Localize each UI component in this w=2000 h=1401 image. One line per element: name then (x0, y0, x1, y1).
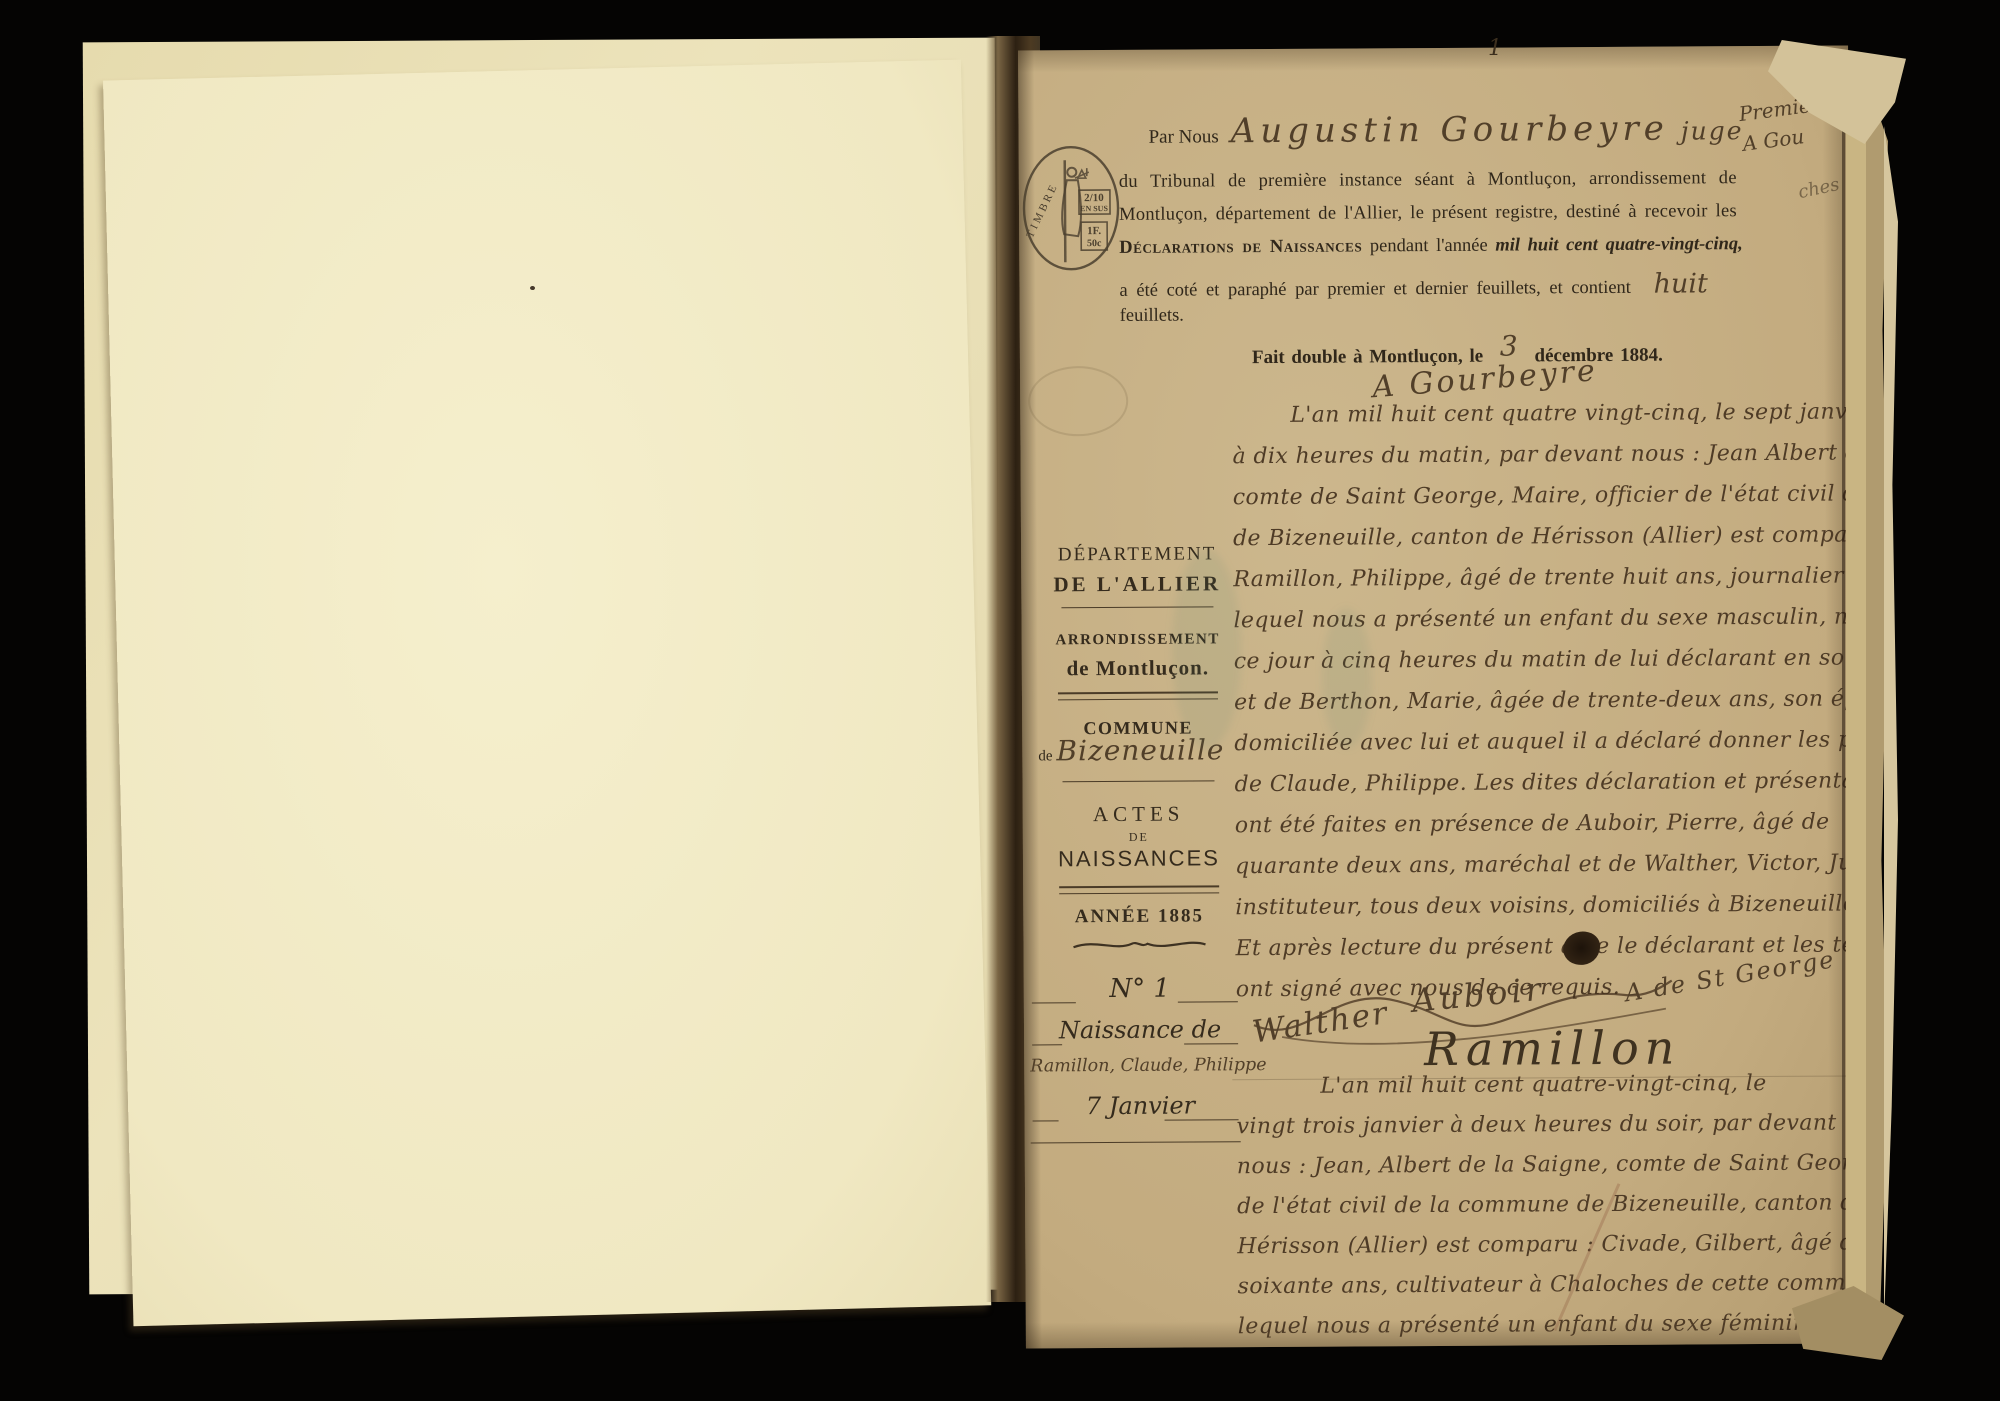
act1-line: de Claude, Philippe. Les dites déclarati… (1234, 760, 1856, 805)
stamp-value-sub: 50c (1087, 238, 1102, 249)
line5-printed: a été coté et paraphé par premier et der… (1119, 278, 1631, 301)
page-edge-crease (1842, 54, 1845, 1346)
act2-line: de l'état civil de la commune de Bizeneu… (1237, 1183, 1856, 1227)
act1-line: Ramillon, Philippe, âgé de trente huit a… (1233, 555, 1856, 600)
act1-line: comte de Saint George, Maire, officier d… (1233, 473, 1856, 518)
scanned-birth-register: 2/10 EN SUS 1F. 50c TIMBRE Par Nous Augu… (0, 0, 2000, 1401)
act1-line: instituteur, tous deux voisins, domicili… (1235, 883, 1856, 928)
judge-title-handwritten: juge (1681, 116, 1744, 145)
judge-name-handwritten: Augustin Gourbeyre (1231, 109, 1669, 152)
line4-year-italic: mil huit cent quatre-vingt-cinq, (1495, 234, 1743, 256)
show-through-smudge (1321, 608, 1372, 748)
stamp-rate-sub: EN SUS (1080, 204, 1108, 213)
act1-line: quarante deux ans, maréchal et de Walthe… (1235, 842, 1856, 887)
margin-double-rule (1059, 885, 1219, 894)
de-word: DE (1041, 829, 1237, 845)
show-through-smudge (1171, 549, 1242, 749)
flourish-divider (1071, 937, 1207, 952)
margin-seg (1032, 1044, 1062, 1045)
annee-label: ANNÉE 1885 (1041, 905, 1237, 928)
act1-line: de Bizeneuille, canton de Hérisson (Alli… (1233, 514, 1856, 559)
preamble-line6: feuillets. (1120, 306, 1184, 327)
naissances-word: NAISSANCES (1041, 845, 1237, 872)
act2-line: Hérisson (Allier) est comparu : Civade, … (1237, 1223, 1856, 1267)
declarations-smallcaps: Déclarations de Naissances (1119, 236, 1362, 257)
act1-line: domiciliée avec lui et auquel il a décla… (1234, 719, 1856, 764)
stamp-rate: 2/10 (1084, 192, 1104, 204)
margin-seg (1165, 1119, 1239, 1120)
act2-line: vingt trois janvier à deux heures du soi… (1237, 1103, 1856, 1147)
preamble-line2: du Tribunal de première instance séant à… (1119, 168, 1737, 193)
act2-line: nous : Jean, Albert de la Saigne, comte … (1237, 1143, 1856, 1187)
torn-edge-layer (1884, 126, 1898, 1322)
commune-de: de (1038, 748, 1052, 764)
act-number: N° 1 (1042, 973, 1238, 1004)
act-date: 7 Janvier (1042, 1091, 1238, 1120)
margin-bottom-rule (1031, 1141, 1241, 1143)
act-child-name: Ramillon, Claude, Philippe (1030, 1055, 1250, 1076)
margin-seg (1184, 1043, 1238, 1044)
preamble-line1: Par Nous Augustin Gourbeyre juge (1148, 108, 1743, 152)
act2-text: L'an mil huit cent quatre-vingt-cinq, le… (1236, 1063, 1856, 1347)
act2-line: L'an mil huit cent quatre-vingt-cinq, le (1236, 1063, 1856, 1107)
preamble-line5: a été coté et paraphé par premier et der… (1119, 268, 1707, 303)
act1-line: à dix heures du matin, par devant nous :… (1232, 432, 1856, 477)
page-number-mark: 1 (1488, 36, 1502, 61)
stamp-arc-label: TIMBRE (1024, 181, 1061, 240)
left-inner-sheet (103, 60, 991, 1327)
act-title: Naissance de (1042, 1015, 1238, 1044)
line4-mid: pendant l'année (1370, 236, 1488, 257)
register-page: 2/10 EN SUS 1F. 50c TIMBRE Par Nous Augu… (1018, 45, 1856, 1348)
stamp-value: 1F. (1087, 225, 1101, 237)
preamble-line4: Déclarations de Naissances pendant l'ann… (1119, 234, 1743, 259)
embossed-stamp-ghost (1028, 366, 1128, 437)
timbre-revenue-stamp-icon: 2/10 EN SUS 1F. 50c TIMBRE (1019, 142, 1124, 275)
ink-speck (530, 286, 535, 290)
feuillet-count-handwritten: huit (1653, 268, 1707, 299)
day-handwritten: 3 (1500, 330, 1518, 363)
par-nous-label: Par Nous (1149, 126, 1219, 148)
margin-rule (1063, 780, 1215, 782)
margin-seg (1033, 1120, 1059, 1121)
act1-line: ont été faites en présence de Auboir, Pi… (1235, 801, 1856, 846)
act2-line: lequel nous a présenté un enfant du sexe… (1238, 1303, 1856, 1347)
left-blank-page (83, 38, 1002, 1295)
act1-line: L'an mil huit cent quatre vingt-cinq, le… (1232, 391, 1856, 436)
preamble-line3: Montluçon, département de l'Allier, le p… (1119, 201, 1737, 226)
actes-word: ACTES (1041, 801, 1237, 827)
act2-line: soixante ans, cultivateur à Chaloches de… (1237, 1263, 1855, 1307)
